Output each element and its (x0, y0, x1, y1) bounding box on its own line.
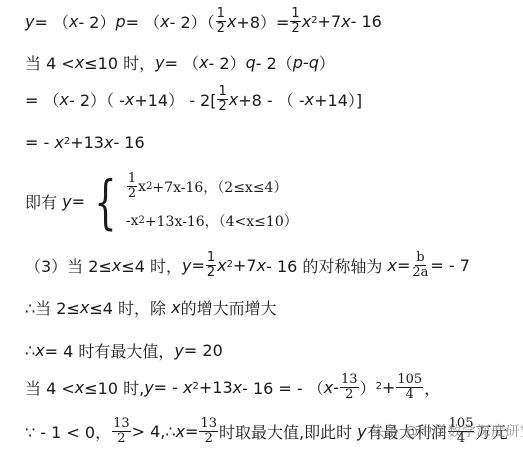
text: - 2） (78, 10, 115, 33)
var-x: x (69, 12, 78, 31)
text: +13x-16，（4<x≤10） (145, 211, 298, 231)
text: = （ (34, 10, 69, 33)
text: = 20 (184, 341, 223, 360)
var-x: x (104, 133, 113, 152)
text: 时取最大值,即此时 (219, 420, 352, 443)
fraction: 12 (127, 172, 137, 201)
text: = - 7 (430, 256, 470, 275)
text: - 16 = - （ (242, 376, 324, 399)
var-x: x (257, 256, 266, 275)
denominator: 2 (344, 388, 354, 402)
var-x: x (227, 12, 236, 31)
fraction: 12 (217, 85, 227, 114)
var-x: x (75, 53, 84, 72)
var-y: y (144, 378, 153, 397)
text: 当 4 < (25, 376, 75, 399)
var-x: x (112, 256, 121, 275)
text: = （ (165, 51, 200, 74)
text: -x (126, 213, 139, 229)
fraction: 132 (199, 417, 218, 446)
numerator: 13 (199, 417, 218, 432)
equation-line-1: y = （ x - 2） p = （ x - 2）（ 12 x +8）= 12 … (25, 2, 382, 40)
text: - 16 (113, 133, 144, 152)
var-y: y (25, 12, 34, 31)
denominator: 2 (127, 187, 137, 201)
text: +7 (233, 256, 257, 275)
text: - 2）（ - (69, 88, 125, 111)
numerator: 1 (206, 251, 216, 266)
denominator: 2 (116, 432, 126, 446)
var-x: x (324, 378, 333, 397)
text: ∵ - 1 < 0， (25, 420, 111, 443)
var-y: y (357, 422, 366, 441)
var-q: q (246, 53, 256, 72)
var-y: y (174, 341, 183, 360)
var-x: x (229, 90, 238, 109)
var-y: y (182, 256, 191, 275)
text: +7 (318, 12, 342, 31)
numerator: 1 (216, 7, 226, 22)
text: 的增大而增大 (181, 296, 277, 319)
text: ） (319, 51, 335, 74)
text: 当 4 < (25, 51, 75, 74)
var-x: x (199, 53, 208, 72)
text: - 16 (351, 12, 382, 31)
var-x: x (233, 378, 242, 397)
text: - 2） (209, 51, 246, 74)
text: +13 (199, 378, 233, 397)
denominator: 4 (405, 388, 415, 402)
text: > 4,∴ (132, 422, 176, 441)
fraction: 12 (290, 7, 300, 36)
text: = (397, 256, 410, 275)
text: +14） - 2[ (134, 88, 216, 111)
equation-line-8: ∴ x = 4 时有最大值， y = 20 (25, 338, 223, 362)
text: ≤10 时， (84, 51, 155, 74)
text: = - (25, 133, 49, 152)
text: ） (360, 376, 376, 399)
text: x (138, 179, 146, 195)
var-x: x (387, 256, 396, 275)
var-x: x (125, 90, 134, 109)
var-x: x (305, 90, 314, 109)
text: +7x-16，（2≤x≤4） (152, 177, 287, 197)
var-y: y (62, 192, 71, 211)
equation-line-9: 当 4 < x ≤10 时, y = - x2 +13 x - 16 = - （… (25, 368, 440, 406)
text: = 4 时有最大值， (45, 339, 175, 362)
case-1: 12 x2 +7x-16，（2≤x≤4） (126, 172, 298, 201)
text: ≤4 时， (121, 254, 182, 277)
fraction: 132 (340, 373, 359, 402)
watermark: 头条 @中学数学深度研究 (370, 421, 523, 441)
text: - 16 的对称轴为 (266, 254, 382, 277)
denominator: 2a (411, 266, 429, 280)
equation-line-3: = （ x - 2）（ - x +14） - 2[ 12 x +8 - （ - … (25, 80, 362, 118)
equation-line-2: 当 4 < x ≤10 时， y = （ x - 2） q - 2（ p - q… (25, 50, 335, 74)
var-x: x (183, 378, 192, 397)
denominator: 2 (204, 432, 214, 446)
var-x: x (160, 12, 169, 31)
fraction: 12 (206, 251, 216, 280)
text: = （ (25, 88, 60, 111)
cases: 12 x2 +7x-16，（2≤x≤4） -x2 +13x-16，（4<x≤10… (126, 172, 298, 231)
var-q: q (309, 53, 319, 72)
fraction: 1054 (396, 373, 423, 402)
var-y: y (155, 53, 164, 72)
var-x: x (60, 90, 69, 109)
var-p: p (115, 12, 125, 31)
text: ≤4 时，除 (89, 296, 166, 319)
fraction: 132 (112, 417, 131, 446)
case-2: -x2 +13x-16，（4<x≤10） (126, 211, 298, 231)
var-x: x (80, 298, 89, 317)
left-brace-icon: { (94, 173, 116, 231)
var-p: p (293, 53, 303, 72)
text: - 2）（ (170, 10, 215, 33)
text: + (382, 378, 395, 397)
piecewise-function: 即有 y = { 12 x2 +7x-16，（2≤x≤4） -x2 +13x-1… (25, 172, 298, 231)
text: 即有 (25, 190, 57, 213)
numerator: b (415, 251, 425, 266)
text: +14）] (314, 88, 362, 111)
var-x: x (171, 298, 180, 317)
equation-line-7: ∴当 2≤ x ≤4 时，除 x 的增大而增大 (25, 295, 277, 319)
equation-line-6: （3）当 2≤ x ≤4 时， y = 12 x2 +7 x - 16 的对称轴… (25, 246, 470, 284)
var-x: x (217, 256, 226, 275)
text: ∴当 2≤ (25, 296, 80, 319)
text: = - (154, 378, 178, 397)
fraction: b2a (411, 251, 429, 280)
var-x: x (302, 12, 311, 31)
text: ， (424, 376, 440, 399)
var-x: x (176, 422, 185, 441)
text: = (72, 192, 85, 211)
var-x: x (341, 12, 350, 31)
numerator: 13 (112, 417, 131, 432)
denominator: 2 (206, 266, 216, 280)
numerator: 1 (127, 172, 137, 187)
text: +8 - （ - (238, 88, 304, 111)
text: - (333, 378, 339, 397)
text: （3）当 2≤ (25, 254, 112, 277)
numerator: 105 (396, 373, 423, 388)
text: = (185, 422, 198, 441)
denominator: 2 (217, 100, 227, 114)
text: = (191, 256, 204, 275)
text: = （ (126, 10, 161, 33)
equation-line-4: = - x2 +13 x - 16 (25, 130, 145, 154)
numerator: 1 (290, 7, 300, 22)
denominator: 2 (216, 22, 226, 36)
numerator: 13 (340, 373, 359, 388)
var-x: x (75, 378, 84, 397)
denominator: 2 (290, 22, 300, 36)
fraction: 12 (216, 7, 226, 36)
numerator: 1 (217, 85, 227, 100)
var-x: x (35, 341, 44, 360)
text: ≤10 时, (84, 376, 144, 399)
text: +8）= (236, 10, 289, 33)
text: - 2（ (256, 51, 293, 74)
text: +13 (70, 133, 104, 152)
text: ∴ (25, 341, 35, 360)
var-x: x (54, 133, 63, 152)
